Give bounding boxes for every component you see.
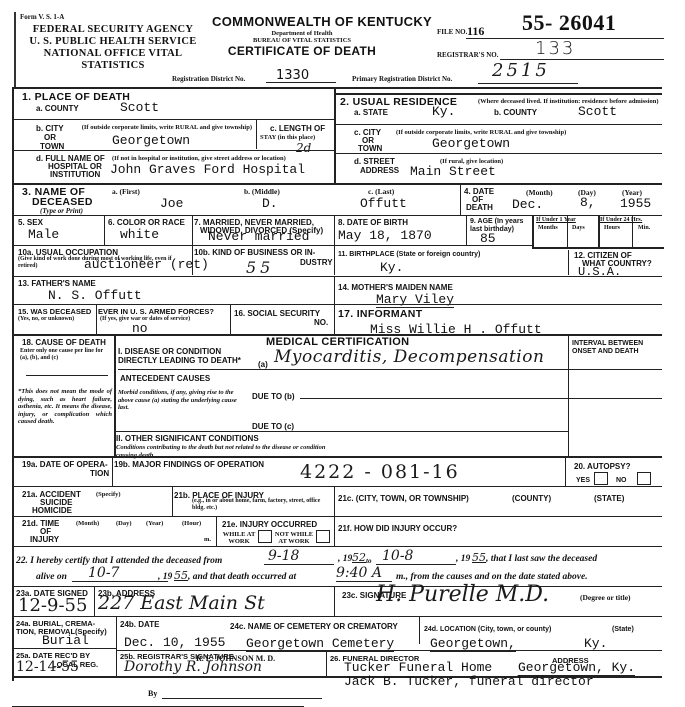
certificate-title: CERTIFICATE OF DEATH — [212, 44, 392, 59]
row-21d-top — [12, 516, 662, 517]
pod-hospital-label-3: INSTITUTION — [50, 170, 100, 179]
ssn-informant-divider — [334, 304, 335, 334]
autopsy-divider — [565, 456, 566, 486]
cause-title: 18. CAUSE OF DEATH — [22, 338, 106, 347]
dod-year-value: 1955 — [620, 197, 651, 211]
race-marital-divider — [192, 215, 193, 245]
months-label: Months — [538, 225, 558, 232]
cause-note-rule — [26, 375, 108, 376]
funeral-director-name: Jack B. Tucker, funeral director — [344, 675, 594, 689]
state-title: COMMONWEALTH OF KENTUCKY — [212, 14, 392, 29]
marital-dob-divider — [334, 215, 335, 245]
occupation-value: auctioneer (ret) — [84, 258, 209, 272]
dob-age-divider — [466, 215, 467, 245]
row-26-top — [116, 650, 662, 651]
registrar-stamp: R. E. JOHNSON M. D. — [196, 655, 275, 662]
injury-month-label: (Month) — [76, 520, 99, 527]
burial-date-divider — [116, 616, 117, 676]
registrar-no-label: REGISTRAR'S NO. — [437, 52, 498, 59]
ur-county-value: Scott — [578, 105, 617, 119]
ssn-label-1: 16. SOCIAL SECURITY — [234, 309, 320, 318]
certify-from-year: 52 — [352, 550, 366, 565]
certify-to-year-prefix: , 19 — [456, 556, 470, 564]
dod-label-3: DEATH — [466, 203, 493, 212]
ur-street-label-1: d. STREET — [354, 157, 395, 166]
location-label: 24d. LOCATION (City, town, or county) — [424, 625, 551, 634]
interval-divider — [568, 334, 569, 456]
agency-line-2: U. S. PUBLIC HEALTH SERVICE — [18, 36, 208, 48]
dob-label: 8. DATE OF BIRTH — [338, 218, 408, 227]
ur-row-divider-2 — [336, 153, 662, 154]
ur-street-value: Main Street — [410, 165, 496, 179]
birthplace-citizen-divider — [568, 250, 569, 275]
operation-divider — [112, 456, 113, 486]
at-work-checkbox[interactable] — [258, 530, 272, 543]
residence-top — [336, 93, 662, 95]
armed-label-b: EVER IN U. S. ARMED FORCES? — [98, 307, 214, 316]
under24-label: If Under 24 Hrs. — [600, 217, 662, 224]
days-label: Days — [572, 225, 585, 232]
location-state-label: (State) — [612, 625, 634, 634]
marital-value: Never married — [208, 230, 309, 244]
pod-stay-divider — [256, 119, 257, 149]
interval-line-a — [568, 369, 662, 370]
address-signature-divider — [334, 586, 335, 616]
business-label-1: 10b. KIND OF BUSINESS OR IN- — [194, 248, 315, 257]
middle-name-label: b. (Middle) — [244, 188, 280, 195]
mother-label: 14. MOTHER'S MAIDEN NAME — [338, 283, 453, 292]
cause-a-label: (a) — [258, 360, 268, 369]
registrar-no-value: 133 — [535, 41, 575, 56]
pod-hospital-note: (If not in hospital or institution, give… — [112, 155, 332, 162]
due-b-line — [300, 398, 568, 399]
autopsy-no-label: NO — [616, 476, 627, 485]
under-age-grid: If Under 1 Year If Under 24 Hrs. Months … — [532, 215, 664, 249]
row-22-top — [12, 546, 662, 547]
row-25-top — [12, 648, 116, 649]
pod-hospital-value: John Graves Ford Hospital — [110, 163, 305, 177]
row-10-top — [12, 245, 532, 246]
ssn-label-2: NO. — [314, 318, 328, 327]
certify-from: 9-18 — [264, 549, 334, 565]
pod-city-note: (If outside corporate limits, write RURA… — [72, 124, 252, 131]
not-at-work-checkbox[interactable] — [316, 530, 330, 543]
how-injury-label: 21f. HOW DID INJURY OCCUR? — [338, 524, 457, 533]
pod-stay-value: 2d — [296, 141, 311, 156]
autopsy-label: 20. AUTOPSY? — [574, 462, 630, 471]
agency-line-3: NATIONAL OFFICE VITAL STATISTICS — [18, 48, 208, 72]
primary-district-underline — [478, 83, 578, 84]
cause-star-note: *This does not mean the mode of dying, s… — [18, 388, 112, 426]
ur-note: (Where deceased lived. If institution: r… — [478, 98, 660, 105]
certify-line-2-suffix: m., from the causes and on the date stat… — [396, 574, 588, 582]
injury-m-label: m. — [204, 536, 211, 543]
dod-month-value: Dec. — [512, 198, 543, 212]
by-label: By — [148, 690, 157, 697]
informant-label: 17. INFORMANT — [338, 309, 422, 320]
certify-line-2-mid: , and that death occurred at — [188, 574, 296, 582]
ur-city-note: (If outside corporate limits, write RURA… — [396, 129, 566, 136]
ur-county-label: b. COUNTY — [494, 108, 537, 117]
father-label: 13. FATHER'S NAME — [18, 279, 96, 288]
location-state-value: Ky. — [584, 637, 607, 651]
row-13-top — [12, 276, 662, 277]
certify-line-2-prefix: alive on — [36, 574, 67, 582]
row-21-top — [12, 486, 662, 487]
grid-div-1 — [567, 215, 568, 247]
operation-date-label-2: TION — [90, 469, 109, 478]
pod-stay-label-1: c. LENGTH OF — [270, 124, 325, 133]
name-dod-divider — [460, 183, 461, 215]
pod-city-label-1: b. CITY — [36, 124, 64, 133]
min-label: Min. — [638, 225, 650, 232]
injury-day-label: (Day) — [116, 520, 132, 527]
armed-divider-a — [96, 304, 97, 334]
father-mother-divider — [334, 276, 335, 304]
section-divider-1-2 — [334, 87, 336, 183]
grid-div-2 — [598, 215, 600, 247]
registrar-funeral-divider — [326, 650, 327, 676]
agency-line-1: FEDERAL SECURITY AGENCY — [18, 24, 208, 36]
time-of-injury-label-3: INJURY — [30, 535, 59, 544]
middle-name-value: D. — [262, 197, 278, 211]
funeral-home-value: Tucker Funeral Home — [344, 661, 492, 675]
first-name-value: Joe — [160, 197, 183, 211]
grid-div-3 — [632, 215, 633, 247]
bureau: BUREAU OF VITAL STATISTICS — [212, 37, 392, 44]
cemetery-label: 24c. NAME OF CEMETERY OR CREMATORY — [230, 622, 398, 631]
signed-address-divider — [94, 586, 95, 616]
cause-i-label-1: I. DISEASE OR CONDITION — [118, 347, 221, 356]
reg-district-value: 1330 — [276, 68, 309, 83]
due-to-c-label: DUE TO (c) — [252, 422, 294, 431]
burial-date-label: 24b. DATE — [120, 620, 159, 629]
sex-value: Male — [28, 228, 59, 242]
dod-year-label: (Year) — [622, 189, 642, 196]
certify-alive-year: 55 — [174, 568, 188, 583]
primary-district-value: 2515 — [492, 63, 550, 78]
file-no-value: 116 — [467, 24, 484, 39]
findings-code: 4222 - 081-16 — [300, 465, 460, 480]
address-value: 227 East Main St — [98, 596, 265, 611]
not-at-work-label: NOT WHILE AT WORK — [274, 531, 314, 545]
business-birthplace-divider — [334, 245, 335, 275]
sex-label: 5. SEX — [18, 218, 43, 227]
occ-business-divider — [192, 245, 193, 275]
pod-city-value: Georgetown — [112, 134, 190, 148]
armed-note-1: (Yes, no, or unknown) — [18, 316, 74, 323]
autopsy-yes-checkbox[interactable] — [594, 472, 608, 485]
findings-label: 19b. MAJOR FINDINGS OF OPERATION — [114, 460, 264, 469]
mother-value: Mary Viley — [376, 293, 454, 308]
accident-label-3: HOMICIDE — [32, 506, 72, 515]
row-24-top — [12, 616, 662, 617]
race-label: 6. COLOR OR RACE — [108, 218, 185, 227]
injury-state-label: (STATE) — [594, 494, 624, 503]
rec-date-value: 12-14-55 — [16, 660, 79, 675]
autopsy-yes-label: YES — [576, 476, 590, 485]
burial-date-value: Dec. 10, 1955 — [124, 636, 225, 651]
pod-county-label: a. COUNTY — [36, 104, 79, 113]
file-no-label: FILE NO. — [437, 29, 467, 36]
accident-specify: (Specify) — [96, 491, 121, 498]
interval-line-b — [568, 398, 662, 399]
form-number: Form V. S. 1-A — [20, 14, 64, 21]
reg-district-underline — [266, 82, 336, 83]
cause-enter-note: Enter only one cause per line for (a), (… — [20, 348, 112, 362]
ur-city-value: Georgetown — [432, 137, 510, 151]
burial-method-value: Burial — [42, 634, 89, 649]
age-value: 85 — [480, 232, 496, 246]
left-margin-bar — [14, 12, 16, 88]
place-of-injury-note: (e.g., in or about home, farm, factory, … — [192, 498, 334, 512]
physician-signature: H. Purelle M.D. — [376, 587, 549, 602]
certify-alive-on: 10-7 — [72, 566, 168, 582]
last-name-label: c. (Last) — [368, 188, 394, 195]
race-value: white — [120, 228, 159, 242]
certify-from-year-prefix: , 19 — [338, 556, 352, 564]
interval-label: INTERVAL BETWEEN ONSET AND DEATH — [572, 340, 662, 356]
certify-line-1-suffix: , that I last saw the deceased — [486, 556, 597, 564]
row-15-top — [12, 304, 662, 305]
primary-district-label: Primary Registration District No. — [352, 76, 452, 83]
injury-hour-label: (Hour) — [182, 520, 201, 527]
certify-to: 10-8 — [376, 549, 456, 565]
armed-ssn-divider — [230, 304, 231, 334]
dod-day-value: 8, — [580, 196, 596, 210]
injury-year-label: (Year) — [146, 520, 163, 527]
father-value: N. S. Offutt — [48, 289, 142, 303]
age-label: 9. AGE (In years last birthday) — [470, 218, 530, 233]
reg-district-label: Registration District No. — [172, 76, 245, 83]
dod-month-label: (Month) — [526, 189, 553, 196]
certify-alive-year-prefix: , 19 — [158, 574, 172, 582]
hours-label: Hours — [604, 225, 620, 232]
ur-city-label-3: TOWN — [358, 144, 382, 153]
pod-city-label-2: OR — [44, 133, 56, 142]
at-work-label: WHILE AT WORK — [222, 531, 256, 545]
section-3-top — [12, 183, 662, 185]
last-name-value: Offutt — [360, 197, 407, 211]
pod-county-value: Scott — [120, 101, 159, 115]
agency-block: FEDERAL SECURITY AGENCY U. S. PUBLIC HEA… — [18, 24, 208, 72]
place-of-death-title: 1. PLACE OF DEATH — [22, 92, 130, 103]
certificate-number: 55- 26041 — [522, 10, 616, 36]
degree-label: (Degree or title) — [580, 594, 631, 601]
cause-a-value: Myocarditis, Decompensation — [274, 350, 544, 365]
dob-value: May 18, 1870 — [338, 229, 432, 243]
morbid-note: Morbid conditions, if any, giving rise t… — [118, 389, 244, 412]
state-title-block: COMMONWEALTH OF KENTUCKY Department of H… — [212, 14, 392, 59]
frame-top — [12, 87, 662, 89]
due-c-line — [114, 431, 568, 432]
birthplace-value: Ky. — [380, 261, 403, 275]
operation-date-label: 19a. DATE OF OPERA- — [22, 460, 108, 469]
pod-stay-label-2: STAY (in this place) — [260, 134, 315, 141]
ur-state-label: a. STATE — [354, 108, 388, 117]
ur-row-divider-1 — [336, 124, 662, 125]
autopsy-no-checkbox[interactable] — [637, 472, 651, 485]
cause-i-label-2: DIRECTLY LEADING TO DEATH* — [118, 356, 241, 365]
other-conditions-label: II. OTHER SIGNIFICANT CONDITIONS — [116, 434, 259, 443]
time-occurred-divider — [216, 516, 217, 546]
business-label-2: DUSTRY — [300, 258, 333, 267]
occurred-label: 21e. INJURY OCCURRED — [222, 520, 317, 529]
cause-a-underline — [118, 369, 568, 370]
first-name-label: a. (First) — [112, 188, 140, 195]
certify-line-1-prefix: 22. I hereby certify that I attended the… — [16, 556, 222, 566]
pod-row-divider-2 — [12, 150, 334, 151]
ur-state-value: Ky. — [432, 105, 455, 119]
certify-time: 9:40 A — [336, 566, 392, 582]
business-value: 55 — [246, 260, 274, 275]
antecedent-label: ANTECEDENT CAUSES — [120, 374, 210, 383]
by-line — [162, 698, 322, 699]
sex-race-divider — [104, 215, 105, 245]
injury-county-label: (COUNTY) — [512, 494, 551, 503]
pod-row-divider-1 — [12, 119, 334, 120]
row-23-top — [12, 586, 662, 587]
date-signed-value: 12-9-55 — [18, 598, 87, 613]
department: Department of Health — [212, 30, 392, 37]
injury-city-label: 21c. (CITY, TOWN, OR TOWNSHIP) — [338, 494, 469, 503]
ur-street-label-2: ADDRESS — [360, 166, 399, 175]
birthplace-label: 11. BIRTHPLACE (State or foreign country… — [338, 250, 480, 259]
accident-place-divider — [172, 486, 173, 516]
due-to-b-label: DUE TO (b) — [252, 392, 295, 401]
certify-to-year: 55 — [472, 550, 486, 565]
cemetery-location-divider — [419, 616, 420, 644]
armed-label-a: 15. WAS DECEASED — [18, 307, 91, 316]
